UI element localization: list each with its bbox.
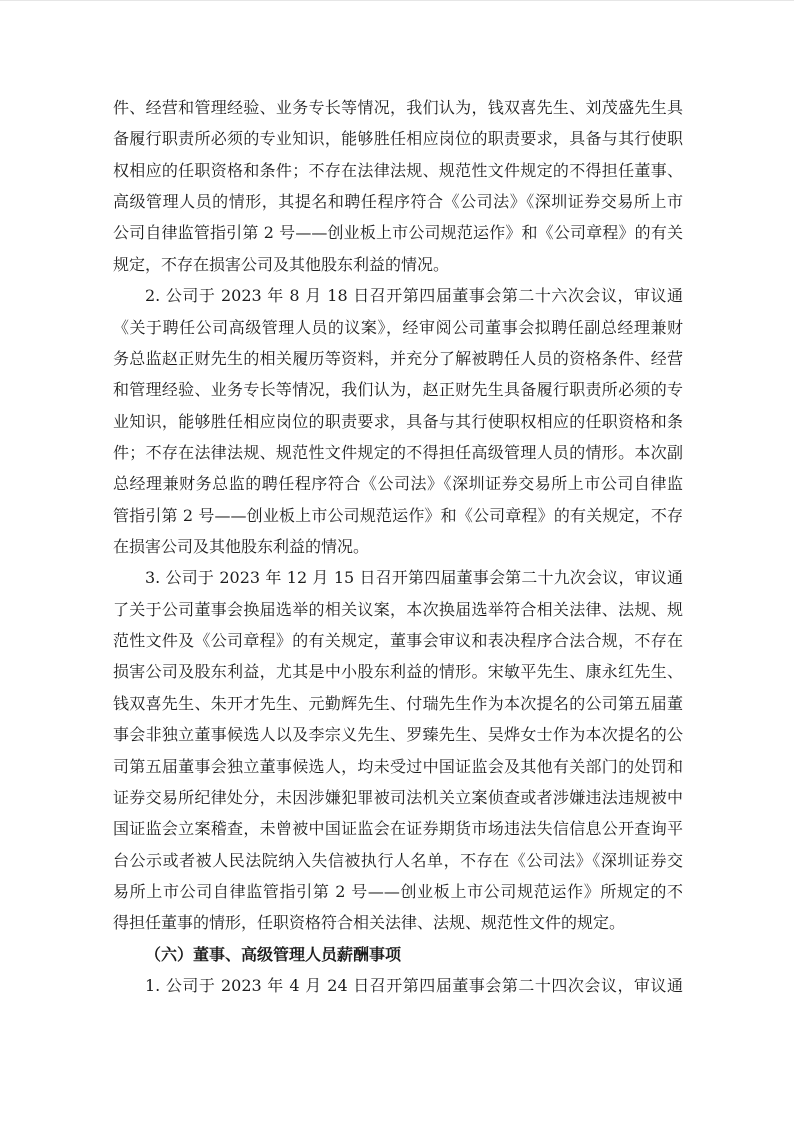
text-line: 得担任董事的情形，任职资格符合相关法律、法规、规范性文件的规定。 [113, 907, 683, 938]
text-line: 国证监会立案稽查，未曾被中国证监会在证券期货市场违法失信信息公开查询平 [113, 813, 683, 844]
paragraph-item-3-board-election: 3. 公司于 2023 年 12 月 15 日召开第四届董事会第二十九次会议，审… [113, 562, 683, 938]
text-line: 易所上市公司自律监管指引第 2 号——创业板上市公司规范运作》所规定的不 [113, 876, 683, 907]
text-line: 钱双喜先生、朱开才先生、元勤辉先生、付瑞先生作为本次提名的公司第五届董 [113, 688, 683, 719]
paragraph-item-1-remuneration-meeting: 1. 公司于 2023 年 4 月 24 日召开第四届董事会第二十四次会议，审议… [113, 970, 683, 1001]
text-line: 件、经营和管理经验、业务专长等情况，我们认为，钱双喜先生、刘茂盛先生具 [113, 92, 683, 123]
text-line: 总经理兼财务总监的聘任程序符合《公司法》《深圳证券交易所上市公司自律监 [113, 468, 683, 499]
text-line: 司第五届董事会独立董事候选人，均未受过中国证监会及其他有关部门的处罚和 [113, 751, 683, 782]
document-page: 件、经营和管理经验、业务专长等情况，我们认为，钱双喜先生、刘茂盛先生具备履行职责… [0, 0, 794, 1122]
text-line: 证券交易所纪律处分，未因涉嫌犯罪被司法机关立案侦查或者涉嫌违法违规被中 [113, 782, 683, 813]
paragraph-item-2-senior-management-appointment: 2. 公司于 2023 年 8 月 18 日召开第四届董事会第二十六次会议，审议… [113, 280, 683, 562]
text-line: 备履行职责所必须的专业知识，能够胜任相应岗位的职责要求，具备与其行使职 [113, 123, 683, 154]
text-line: 《关于聘任公司高级管理人员的议案》，经审阅公司董事会拟聘任副总经理兼财 [113, 312, 683, 343]
text-line: （六）董事、高级管理人员薪酬事项 [113, 939, 683, 970]
text-line: 件；不存在法律法规、规范性文件规定的不得担任高级管理人员的情形。本次副 [113, 437, 683, 468]
text-line: 规定，不存在损害公司及其他股东利益的情况。 [113, 249, 683, 280]
text-line: 公司自律监管指引第 2 号——创业板上市公司规范运作》和《公司章程》的有关 [113, 217, 683, 248]
text-line: 业知识，能够胜任相应岗位的职责要求，具备与其行使职权相应的任职资格和条 [113, 406, 683, 437]
text-line: 2. 公司于 2023 年 8 月 18 日召开第四届董事会第二十六次会议，审议… [113, 280, 683, 311]
text-line: 事会非独立董事候选人以及李宗义先生、罗臻先生、吴烨女士作为本次提名的公 [113, 719, 683, 750]
text-line: 3. 公司于 2023 年 12 月 15 日召开第四届董事会第二十九次会议，审… [113, 562, 683, 593]
text-line: 损害公司及股东利益，尤其是中小股东利益的情形。宋敏平先生、康永红先生、 [113, 656, 683, 687]
text-line: 范性文件及《公司章程》的有关规定，董事会审议和表决程序合法合规，不存在 [113, 625, 683, 656]
text-line: 管指引第 2 号——创业板上市公司规范运作》和《公司章程》的有关规定，不存 [113, 500, 683, 531]
text-line: 了关于公司董事会换届选举的相关议案，本次换届选举符合相关法律、法规、规 [113, 594, 683, 625]
paragraph-qualification-directors: 件、经营和管理经验、业务专长等情况，我们认为，钱双喜先生、刘茂盛先生具备履行职责… [113, 92, 683, 280]
text-line: 1. 公司于 2023 年 4 月 24 日召开第四届董事会第二十四次会议，审议… [113, 970, 683, 1001]
document-content: 件、经营和管理经验、业务专长等情况，我们认为，钱双喜先生、刘茂盛先生具备履行职责… [113, 92, 683, 1001]
section-heading-6-remuneration: （六）董事、高级管理人员薪酬事项 [113, 939, 683, 970]
text-line: 权相应的任职资格和条件；不存在法律法规、规范性文件规定的不得担任董事、 [113, 155, 683, 186]
text-line: 高级管理人员的情形，其提名和聘任程序符合《公司法》《深圳证券交易所上市 [113, 186, 683, 217]
text-line: 务总监赵正财先生的相关履历等资料，并充分了解被聘任人员的资格条件、经营 [113, 343, 683, 374]
text-line: 和管理经验、业务专长等情况，我们认为，赵正财先生具备履行职责所必须的专 [113, 374, 683, 405]
text-line: 在损害公司及其他股东利益的情况。 [113, 531, 683, 562]
text-line: 台公示或者被人民法院纳入失信被执行人名单，不存在《公司法》《深圳证券交 [113, 845, 683, 876]
